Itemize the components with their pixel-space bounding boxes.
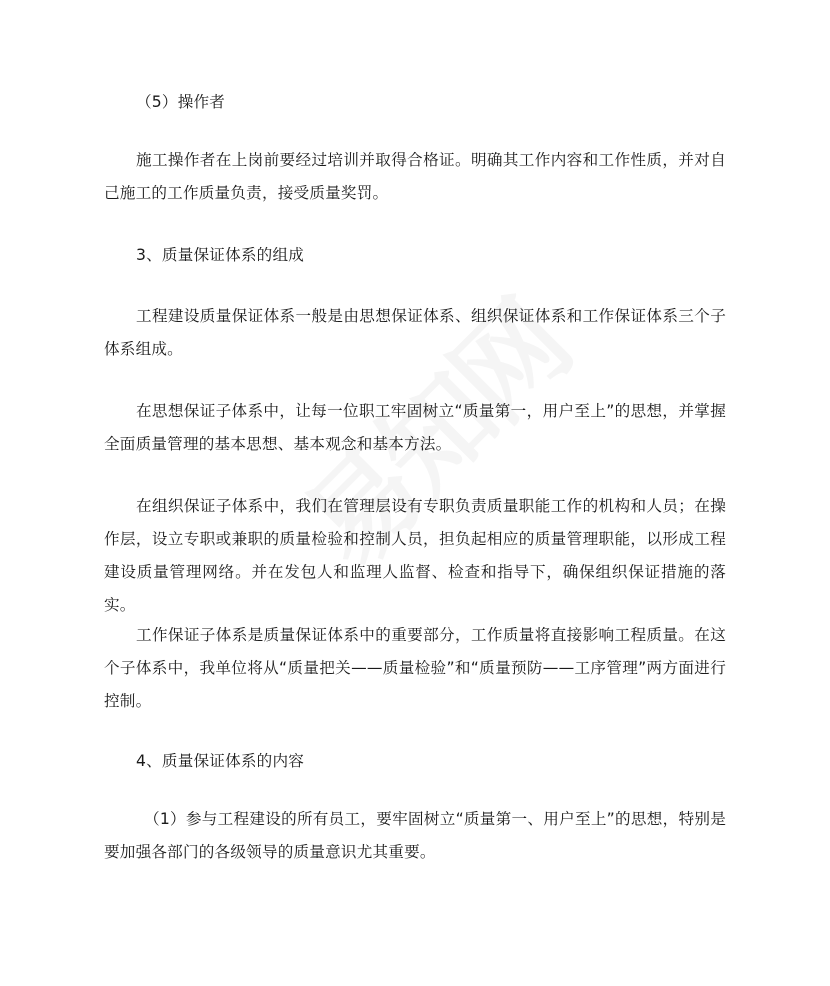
paragraph-system-composition: 工程建设质量保证体系一般是由思想保证体系、组织保证体系和工作保证体系三个子体系组… [104,300,726,366]
paragraph-work-subsystem: 工作保证子体系是质量保证体系中的重要部分，工作质量将直接影响工程质量。在这个子体… [104,619,726,718]
paragraph-operator-description: 施工操作者在上岗前要经过培训并取得合格证。明确其工作内容和工作性质，并对自己施工… [104,144,726,210]
paragraph-ideological-subsystem: 在思想保证子体系中，让每一位职工牢固树立“质量第一，用户至上”的思想，并掌握全面… [104,395,726,461]
section-heading-4: 4、质量保证体系的内容 [104,745,726,778]
section-heading-3: 3、质量保证体系的组成 [104,239,726,272]
section-subheading-operator: （5）操作者 [104,86,726,119]
paragraph-organizational-subsystem: 在组织保证子体系中，我们在管理层设有专职负责质量职能工作的机构和人员；在操作层，… [104,490,726,622]
list-item-1: （1）参与工程建设的所有员工，要牢固树立“质量第一、用户至上”的思想，特别是要加… [104,803,726,869]
